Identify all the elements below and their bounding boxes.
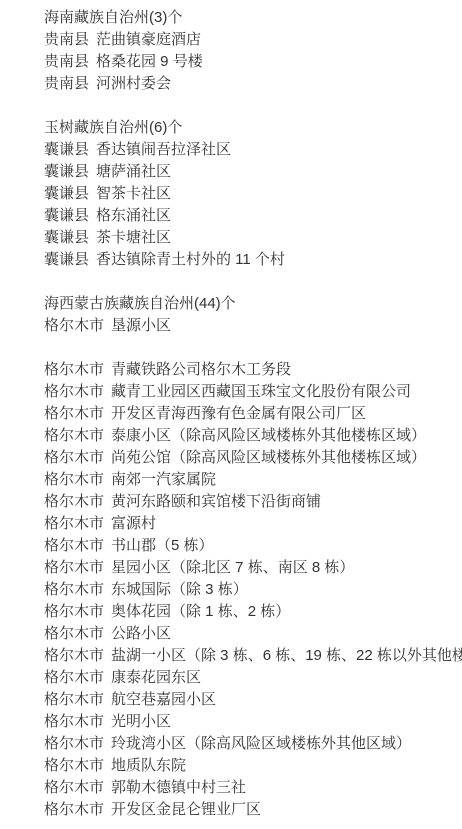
county-name: 囊谦县 [44, 229, 89, 246]
list-item: 格尔木市书山郡（5 栋） [44, 535, 454, 557]
list-item: 格尔木市星园小区（除北区 7 栋、南区 8 栋） [44, 557, 454, 579]
county-name: 格尔木市 [44, 427, 104, 444]
county-name: 格尔木市 [44, 471, 104, 488]
county-name: 格尔木市 [44, 361, 104, 378]
list-item: 格尔木市南郊一汽家属院 [44, 469, 454, 491]
county-name: 囊谦县 [44, 163, 89, 180]
county-name: 格尔木市 [44, 779, 104, 796]
list-item: 格尔木市富源村 [44, 513, 454, 535]
list-item: 囊谦县塘萨涌社区 [44, 161, 454, 183]
list-item: 格尔木市垦源小区 [44, 315, 454, 337]
section-header: 海西蒙古族藏族自治州(44)个 [44, 293, 454, 315]
list-item: 格尔木市奥体花园（除 1 栋、2 栋） [44, 601, 454, 623]
list-item: 囊谦县香达镇闹吾拉泽社区 [44, 139, 454, 161]
list-item: 格尔木市航空巷嘉园小区 [44, 689, 454, 711]
place-name: 东城国际（除 3 栋） [111, 581, 248, 598]
county-name: 格尔木市 [44, 603, 104, 620]
list-item: 格尔木市公路小区 [44, 623, 454, 645]
place-name: 地质队东院 [111, 757, 186, 774]
place-name: 香达镇除青土村外的 11 个村 [96, 251, 285, 268]
place-name: 黄河东路颐和宾馆楼下沿街商铺 [111, 493, 321, 510]
county-name: 格尔木市 [44, 449, 104, 466]
list-item: 格尔木市藏青工业园区西藏国玉珠宝文化股份有限公司 [44, 381, 454, 403]
list-item: 格尔木市康泰花园东区 [44, 667, 454, 689]
county-name: 格尔木市 [44, 647, 104, 664]
list-item: 贵南县格桑花园 9 号楼 [44, 51, 454, 73]
county-name: 格尔木市 [44, 625, 104, 642]
list-item: 格尔木市泰康小区（除高风险区域楼栋外其他楼栋区域） [44, 425, 454, 447]
place-name: 香达镇闹吾拉泽社区 [96, 141, 231, 158]
list-item: 贵南县河洲村委会 [44, 73, 454, 95]
place-name: 垦源小区 [111, 317, 171, 334]
county-name: 囊谦县 [44, 141, 89, 158]
county-name: 格尔木市 [44, 735, 104, 752]
county-name: 囊谦县 [44, 251, 89, 268]
county-name: 格尔木市 [44, 493, 104, 510]
county-name: 格尔木市 [44, 559, 104, 576]
place-name: 星园小区（除北区 7 栋、南区 8 栋） [111, 559, 354, 576]
blank-line [44, 95, 454, 117]
county-name: 贵南县 [44, 53, 89, 70]
section-header: 海南藏族自治州(3)个 [44, 7, 454, 29]
county-name: 囊谦县 [44, 185, 89, 202]
place-name: 塘萨涌社区 [96, 163, 171, 180]
county-name: 格尔木市 [44, 713, 104, 730]
place-name: 开发区金昆仑锂业厂区 [111, 801, 261, 818]
place-name: 郭勒木德镇中村三社 [111, 779, 246, 796]
list-item: 囊谦县智茶卡社区 [44, 183, 454, 205]
list-item: 格尔木市盐湖一小区（除 3 栋、6 栋、19 栋、22 栋以外其他楼栋） [44, 645, 454, 667]
list-item: 格尔木市玲珑湾小区（除高风险区域楼栋外其他区域） [44, 733, 454, 755]
place-name: 南郊一汽家属院 [111, 471, 216, 488]
county-name: 贵南县 [44, 31, 89, 48]
county-name: 格尔木市 [44, 691, 104, 708]
place-name: 书山郡（5 栋） [111, 537, 214, 554]
list-item: 贵南县茫曲镇豪庭酒店 [44, 29, 454, 51]
list-item: 囊谦县格东涌社区 [44, 205, 454, 227]
place-name: 公路小区 [111, 625, 171, 642]
list-item: 格尔木市地质队东院 [44, 755, 454, 777]
place-name: 尚苑公馆（除高风险区域楼栋外其他楼栋区域） [111, 449, 426, 466]
place-name: 青藏铁路公司格尔木工务段 [111, 361, 291, 378]
list-item: 格尔木市东城国际（除 3 栋） [44, 579, 454, 601]
section-header: 玉树藏族自治州(6)个 [44, 117, 454, 139]
place-name: 奥体花园（除 1 栋、2 栋） [111, 603, 290, 620]
county-name: 格尔木市 [44, 801, 104, 818]
place-name: 光明小区 [111, 713, 171, 730]
list-item: 格尔木市黄河东路颐和宾馆楼下沿街商铺 [44, 491, 454, 513]
place-name: 智茶卡社区 [96, 185, 171, 202]
list-item: 格尔木市郭勒木德镇中村三社 [44, 777, 454, 799]
place-name: 开发区青海西豫有色金属有限公司厂区 [111, 405, 366, 422]
county-name: 格尔木市 [44, 537, 104, 554]
blank-line [44, 271, 454, 293]
list-item: 格尔木市光明小区 [44, 711, 454, 733]
county-name: 格尔木市 [44, 515, 104, 532]
county-name: 格尔木市 [44, 669, 104, 686]
place-name: 盐湖一小区（除 3 栋、6 栋、19 栋、22 栋以外其他楼栋） [111, 647, 462, 664]
place-name: 茶卡塘社区 [96, 229, 171, 246]
place-name: 格桑花园 9 号楼 [96, 53, 203, 70]
list-item: 囊谦县香达镇除青土村外的 11 个村 [44, 249, 454, 271]
place-name: 藏青工业园区西藏国玉珠宝文化股份有限公司 [111, 383, 411, 400]
county-name: 格尔木市 [44, 383, 104, 400]
county-name: 格尔木市 [44, 757, 104, 774]
county-name: 格尔木市 [44, 405, 104, 422]
place-name: 茫曲镇豪庭酒店 [96, 31, 201, 48]
county-name: 贵南县 [44, 75, 89, 92]
place-name: 航空巷嘉园小区 [111, 691, 216, 708]
list-item: 格尔木市开发区金昆仑锂业厂区 [44, 799, 454, 821]
list-item: 格尔木市尚苑公馆（除高风险区域楼栋外其他楼栋区域） [44, 447, 454, 469]
risk-area-list-document: 海南藏族自治州(3)个贵南县茫曲镇豪庭酒店贵南县格桑花园 9 号楼贵南县河洲村委… [0, 0, 462, 821]
place-name: 格东涌社区 [96, 207, 171, 224]
county-name: 格尔木市 [44, 317, 104, 334]
list-item: 格尔木市青藏铁路公司格尔木工务段 [44, 359, 454, 381]
place-name: 康泰花园东区 [111, 669, 201, 686]
place-name: 富源村 [111, 515, 156, 532]
place-name: 泰康小区（除高风险区域楼栋外其他楼栋区域） [111, 427, 426, 444]
county-name: 囊谦县 [44, 207, 89, 224]
list-item: 囊谦县茶卡塘社区 [44, 227, 454, 249]
county-name: 格尔木市 [44, 581, 104, 598]
blank-line [44, 337, 454, 359]
place-name: 玲珑湾小区（除高风险区域楼栋外其他区域） [111, 735, 411, 752]
list-item: 格尔木市开发区青海西豫有色金属有限公司厂区 [44, 403, 454, 425]
place-name: 河洲村委会 [96, 75, 171, 92]
